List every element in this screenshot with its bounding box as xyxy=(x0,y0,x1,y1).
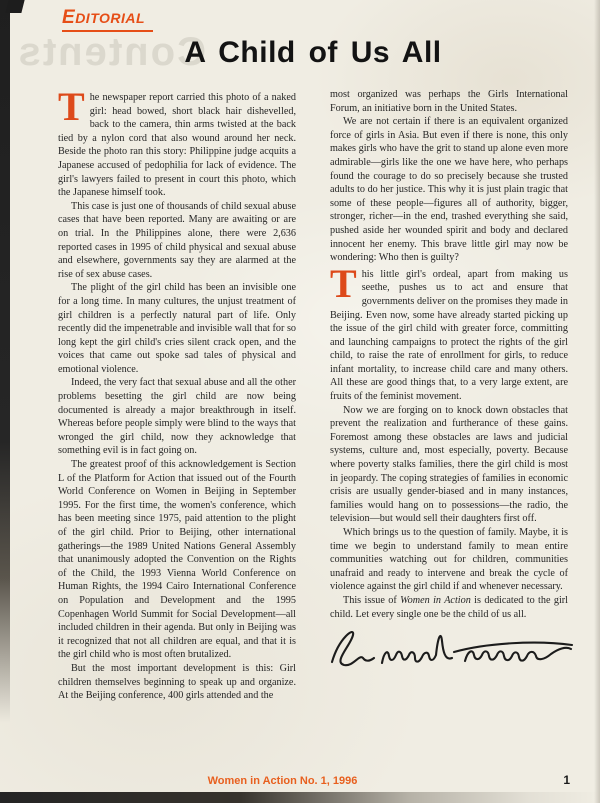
footer-journal-line: Women in Action No. 1, 1996 xyxy=(0,775,565,787)
page-edge-shadow-bottom xyxy=(0,792,600,803)
kicker-initial: E xyxy=(62,7,75,28)
body-paragraph: The newspaper report carried this photo … xyxy=(58,91,296,200)
body-paragraph: Which brings us to the question of famil… xyxy=(330,526,568,594)
article-title: A Child of Us All xyxy=(58,36,568,70)
body-paragraph: Now we are forging on to knock down obst… xyxy=(330,404,568,526)
body-paragraph: most organized was perhaps the Girls Int… xyxy=(330,88,568,115)
magazine-page: Contents EDITORIAL A Child of Us All The… xyxy=(0,0,600,803)
dropcap-letter: T xyxy=(58,91,90,121)
page-corner-mark xyxy=(5,0,24,13)
paragraph-text: This issue of xyxy=(343,595,400,606)
body-paragraph: Indeed, the very fact that sexual abuse … xyxy=(58,376,296,458)
paragraph-text: he newspaper report carried this photo o… xyxy=(58,92,296,198)
body-paragraph: The plight of the girl child has been an… xyxy=(58,281,296,376)
body-paragraph: This little girl's ordeal, apart from ma… xyxy=(330,268,568,404)
body-paragraph: This issue of Women in Action is dedicat… xyxy=(330,594,568,621)
page-edge-shadow-left xyxy=(0,0,10,803)
page-edge-shadow-right xyxy=(594,0,600,803)
kicker-rest: DITORIAL xyxy=(75,10,145,26)
journal-name-italic: Women in Action xyxy=(400,595,471,606)
body-paragraph: This case is just one of thousands of ch… xyxy=(58,200,296,282)
editorial-kicker: EDITORIAL xyxy=(62,8,153,32)
body-paragraph: The greatest proof of this acknowledgeme… xyxy=(58,458,296,662)
left-column: The newspaper report carried this photo … xyxy=(58,88,296,703)
page-number: 1 xyxy=(563,773,570,787)
body-paragraph: We are not certain if there is an equiva… xyxy=(330,115,568,265)
right-column: most organized was perhaps the Girls Int… xyxy=(330,88,568,703)
article-body: The newspaper report carried this photo … xyxy=(58,88,568,703)
body-paragraph: But the most important development is th… xyxy=(58,662,296,703)
paragraph-text: his little girl's ordeal, apart from mak… xyxy=(330,269,568,402)
signature xyxy=(324,622,574,674)
dropcap-letter: T xyxy=(330,268,362,298)
signature-strokes xyxy=(332,632,572,665)
